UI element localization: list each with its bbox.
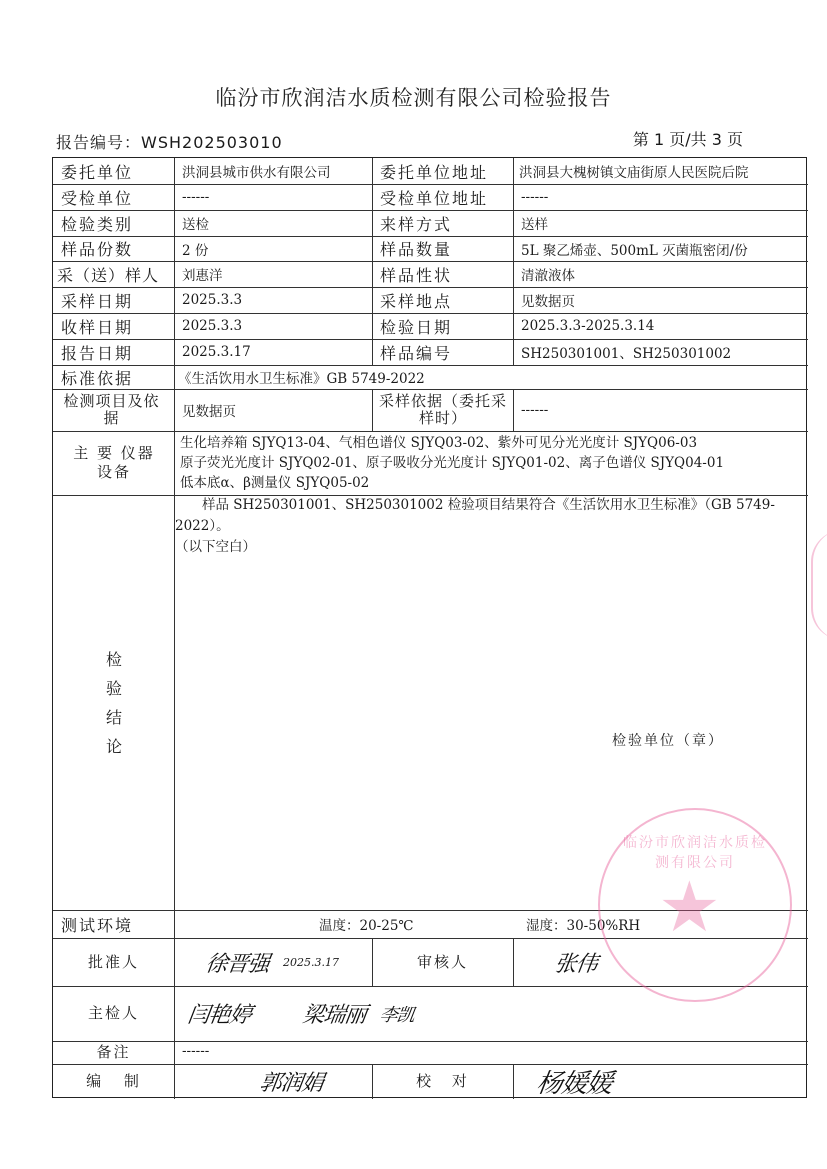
reviewer-signature: 张伟	[513, 938, 808, 986]
humidity-value: 湿度：30-50%RH	[518, 910, 718, 938]
equipment-label: 主 要 仪器设备	[67, 431, 161, 495]
compiler-signature: 郭润娟	[174, 1064, 372, 1099]
inspector-name: 闫艳婷	[186, 998, 253, 1029]
approve-date: 2025.3.17	[283, 956, 339, 969]
page-indicator: 第 1 页/共 3 页	[633, 127, 743, 150]
proofreader-label: 校 对	[372, 1064, 513, 1099]
report-number-label: 报告编号：	[56, 133, 141, 152]
client-label: 委托单位	[53, 158, 174, 184]
test-items-value: 见数据页	[174, 389, 372, 431]
report-date-value: 2025.3.17	[174, 339, 372, 365]
reviewer-label: 审核人	[372, 938, 513, 986]
equipment-line: 生化培养箱 SJYQ13-04、气相色谱仪 SJYQ03-02、紫外可见分光光度…	[180, 433, 697, 453]
sampling-site-value: 见数据页	[513, 287, 808, 313]
appearance-label: 样品性状	[372, 261, 513, 287]
appearance-value: 清澈液体	[513, 261, 808, 287]
inspected-address-label: 受检单位地址	[372, 184, 513, 210]
conclusion-label-char: 论	[106, 732, 122, 761]
client-address-label: 委托单位地址	[372, 158, 513, 184]
sampling-date-label: 采样日期	[53, 287, 174, 313]
inspected-address-value: ------	[513, 184, 808, 210]
report-number-value: WSH202503010	[141, 133, 283, 152]
proofreader-name: 杨媛媛	[534, 1064, 614, 1099]
conclusion-text: 样品 SH250301001、SH250301002 检验项目结果符合《生活饮用…	[175, 495, 805, 558]
test-date-label: 检验日期	[372, 313, 513, 339]
equipment-line: 原子荧光光度计 SJYQ02-01、原子吸收分光光度计 SJYQ01-02、离子…	[180, 453, 724, 473]
standard-label: 标准依据	[53, 365, 174, 389]
conclusion-label-char: 验	[106, 674, 122, 703]
proofreader-signature: 杨媛媛	[513, 1064, 808, 1099]
sample-no-value: SH250301001、SH250301002	[513, 339, 808, 365]
approver-label: 批准人	[53, 938, 174, 986]
remarks-value: ------	[174, 1041, 808, 1064]
approver-name: 徐晋强	[204, 947, 271, 978]
report-table: 委托单位 洪洞县城市供水有限公司 委托单位地址 洪洞县大槐树镇文庙街原人民医院后…	[52, 157, 807, 1098]
category-label: 检验类别	[53, 210, 174, 236]
col-divider	[372, 389, 373, 431]
sampling-date-value: 2025.3.3	[174, 287, 372, 313]
conclusion-label: 检 验 结 论	[53, 495, 175, 910]
environment-label: 测试环境	[53, 910, 174, 938]
sampling-basis-value: ------	[513, 389, 808, 431]
receipt-date-value: 2025.3.3	[174, 313, 372, 339]
seam-seal	[811, 530, 827, 640]
copies-label: 样品份数	[53, 236, 174, 261]
sender-label: 采（送）样人	[53, 261, 174, 287]
conclusion-label-char: 结	[106, 703, 122, 732]
sampling-mode-value: 送样	[513, 210, 808, 236]
inspected-unit-label: 受检单位	[53, 184, 174, 210]
sample-no-label: 样品编号	[372, 339, 513, 365]
inspector-label: 主检人	[53, 986, 174, 1041]
conclusion-statement: 样品 SH250301001、SH250301002 检验项目结果符合《生活饮用…	[175, 495, 805, 537]
inspected-unit-value: ------	[174, 184, 372, 210]
blank-note: （以下空白）	[175, 537, 805, 558]
test-date-value: 2025.3.3-2025.3.14	[513, 313, 808, 339]
sampling-mode-label: 来样方式	[372, 210, 513, 236]
equipment-list: 生化培养箱 SJYQ13-04、气相色谱仪 SJYQ03-02、紫外可见分光光度…	[174, 431, 808, 495]
sender-value: 刘惠洋	[174, 261, 372, 287]
quantity-label: 样品数量	[372, 236, 513, 261]
report-number: 报告编号：WSH202503010	[56, 130, 283, 153]
compiler-name: 郭润娟	[258, 1066, 325, 1097]
stamp-label: 检验单位（章）	[612, 730, 724, 750]
sampling-basis-label: 采样依据（委托采样时）	[378, 389, 508, 431]
client-value: 洪洞县城市供水有限公司	[174, 158, 372, 184]
remarks-label: 备注	[53, 1041, 174, 1064]
test-items-label: 检测项目及依据	[59, 389, 164, 431]
inspector-name: 李凯	[378, 1001, 416, 1027]
temperature-value: 温度：20-25℃	[311, 910, 491, 938]
report-title: 临汾市欣润洁水质检测有限公司检验报告	[0, 82, 827, 112]
category-value: 送检	[174, 210, 372, 236]
receipt-date-label: 收样日期	[53, 313, 174, 339]
compiler-label: 编 制	[53, 1064, 174, 1099]
quantity-value: 5L 聚乙烯壶、500mL 灭菌瓶密闭/份	[513, 236, 808, 261]
equipment-line: 低本底α、β测量仪 SJYQ05-02	[180, 473, 369, 493]
reviewer-name: 张伟	[553, 947, 599, 978]
report-date-label: 报告日期	[53, 339, 174, 365]
inspector-signatures: 闫艳婷 梁瑞丽 李凯	[174, 986, 808, 1041]
client-address-value: 洪洞县大槐树镇文庙街原人民医院后院	[513, 158, 808, 184]
copies-value: 2 份	[174, 236, 372, 261]
standard-value: 《生活饮用水卫生标准》GB 5749-2022	[174, 365, 808, 389]
approver-signature: 徐晋强 2025.3.17	[174, 938, 372, 986]
sampling-site-label: 采样地点	[372, 287, 513, 313]
inspector-name: 梁瑞丽	[301, 998, 368, 1029]
conclusion-label-char: 检	[106, 645, 122, 674]
